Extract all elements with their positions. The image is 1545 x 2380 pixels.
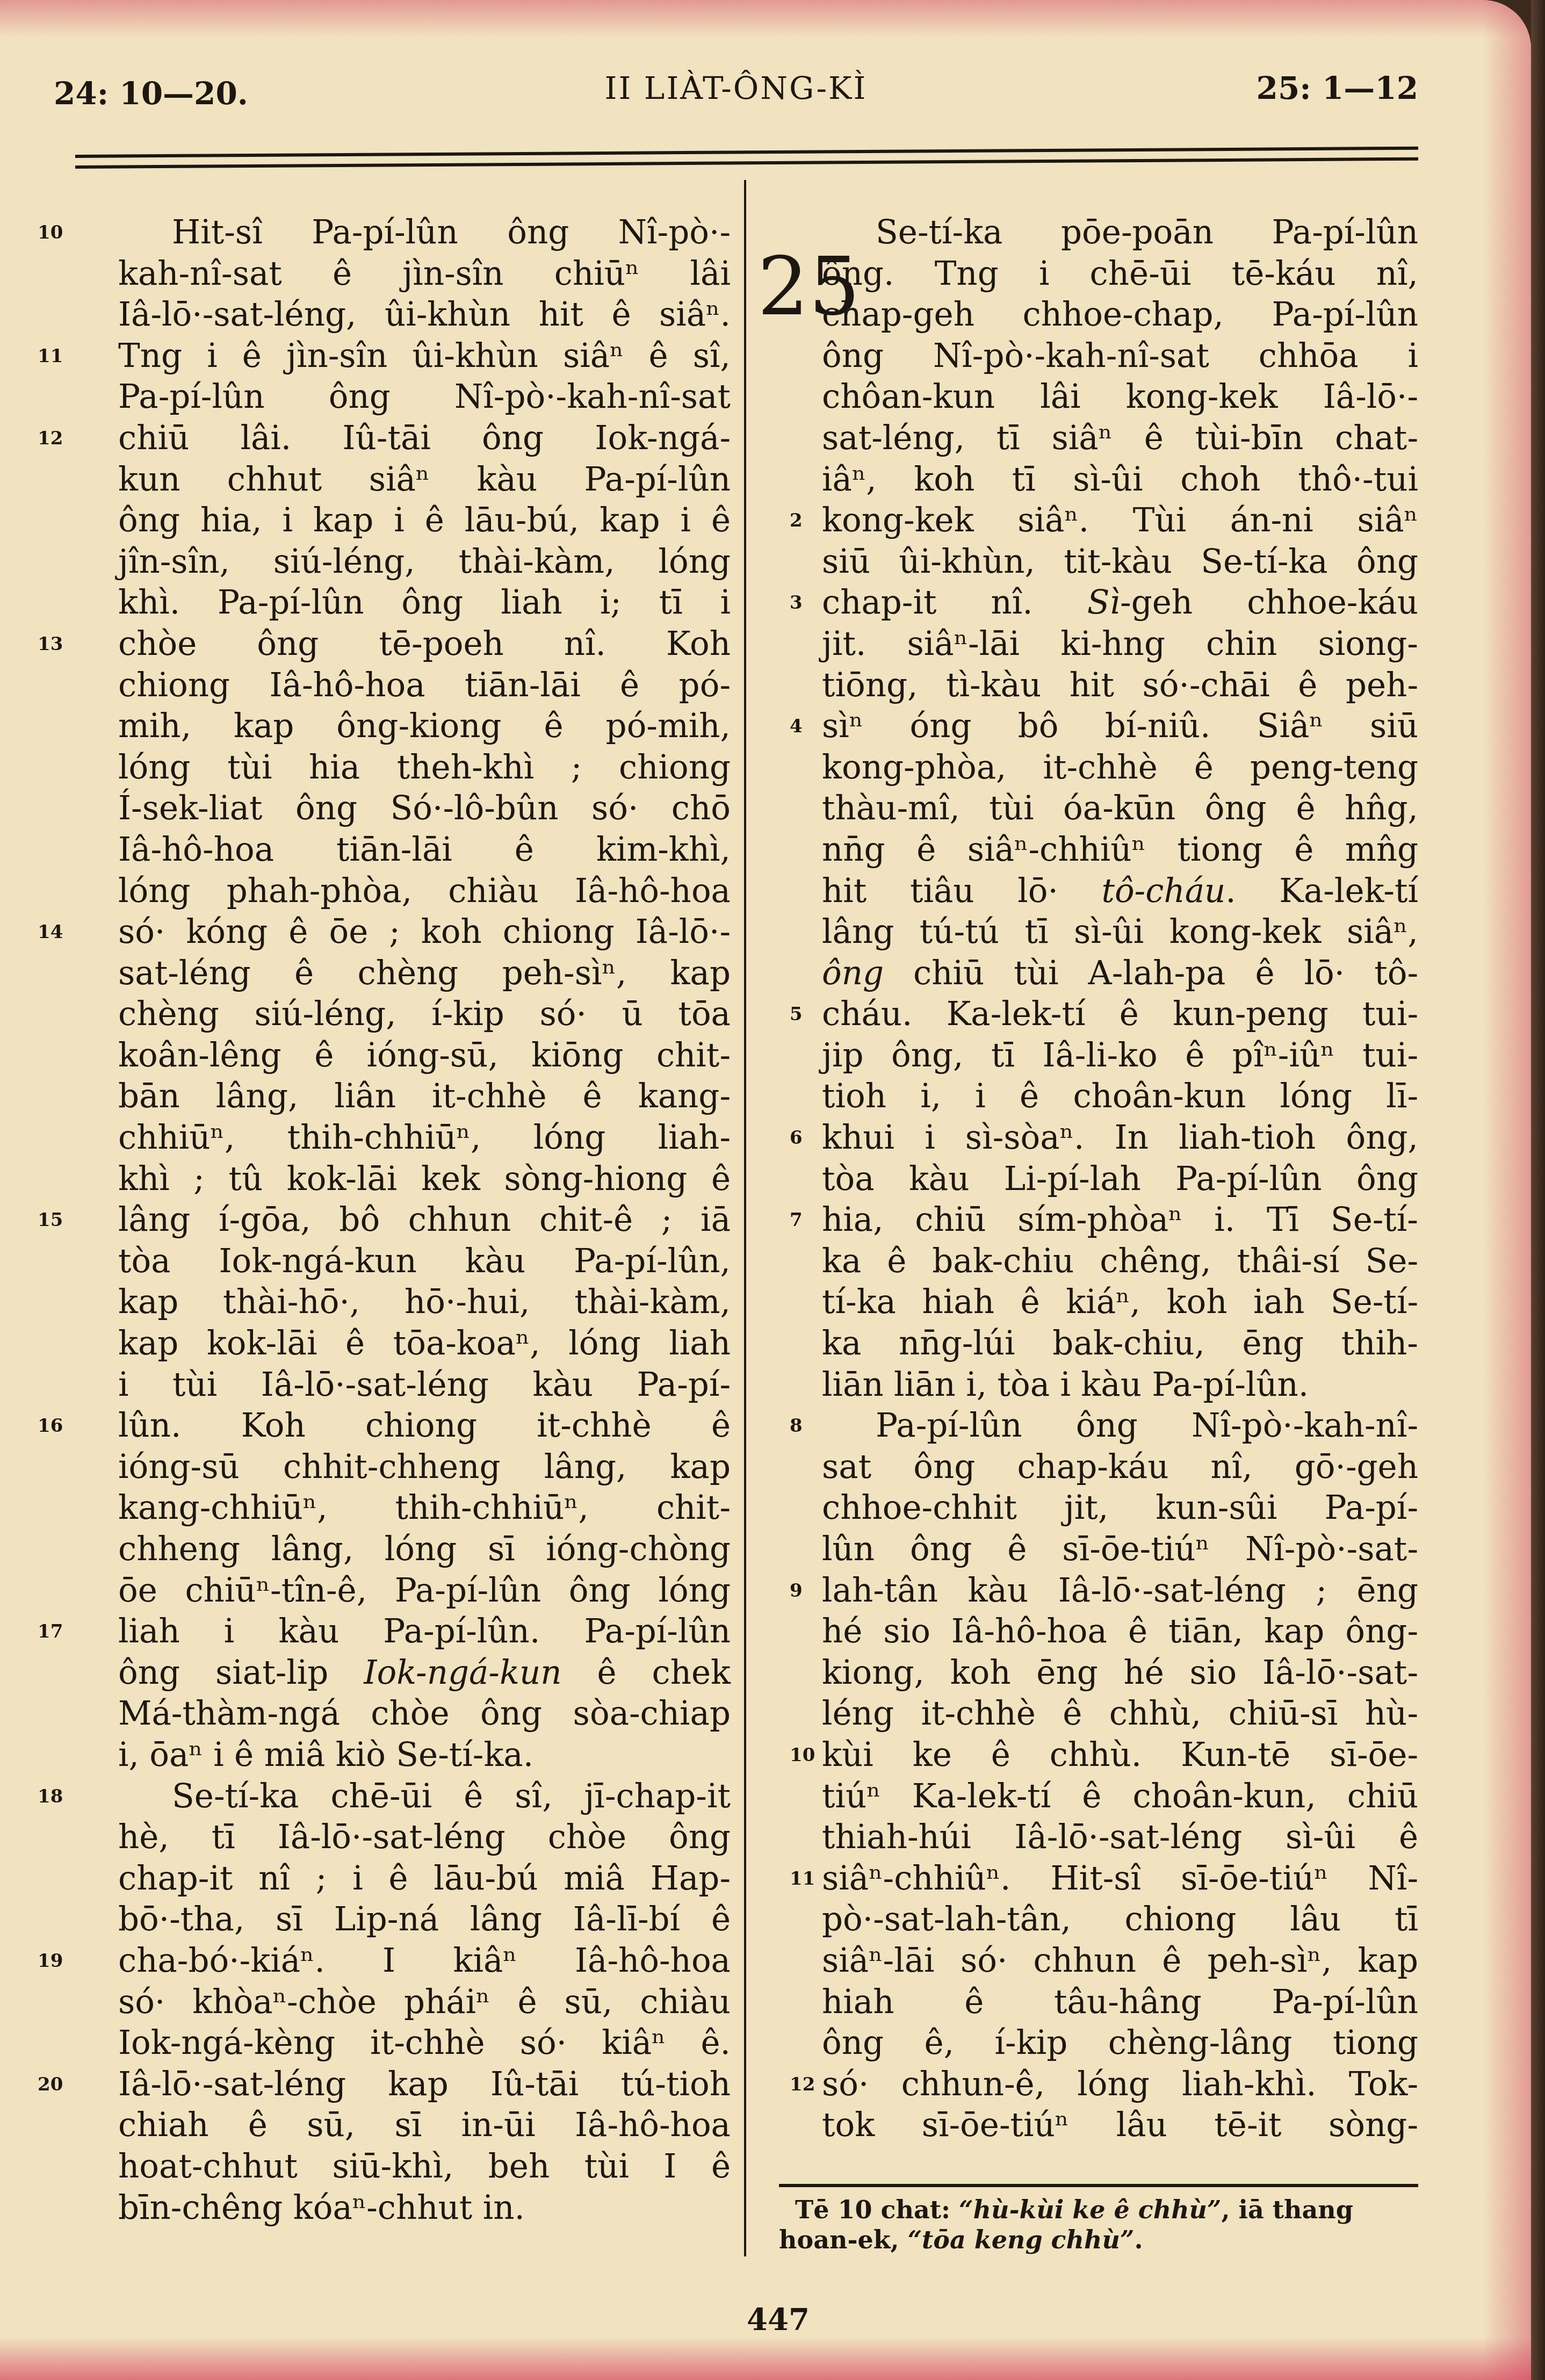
line-text: Se-tí-ka pōe-poān Pa-pí-lûn	[876, 213, 1418, 251]
column-divider	[744, 180, 746, 2256]
text-line: jip ông, tī Iâ-li-ko ê pîⁿ-iûⁿ tui-	[822, 1035, 1418, 1077]
line-text: liah i kàu Pa-pí-lûn. Pa-pí-lûn	[118, 1612, 731, 1650]
text-line: ka nn̄g-lúi bak-chiu, ēng thih-	[822, 1323, 1418, 1365]
text-line: khì. Pa-pí-lûn ông liah i; tī i	[118, 582, 731, 624]
line-text: hit tiâu lō· tô-cháu. Ka-lek-tí	[822, 872, 1418, 910]
text-line: 4sìⁿ óng bô bí-niû. Siâⁿ siū	[822, 706, 1418, 747]
text-line: chèng siú-léng, í-kip só· ū tōa	[118, 994, 731, 1035]
text-line: chôan-kun lâi kong-kek Iâ-lō·-	[822, 377, 1418, 418]
page-edge-stain	[1483, 0, 1531, 2380]
verse-number: 16	[38, 1405, 86, 1447]
line-text: siâⁿ-lāi só· chhun ê peh-sìⁿ, kap	[822, 1942, 1418, 1980]
line-text: sat-léng ê chèng peh-sìⁿ, kap	[118, 954, 731, 992]
text-line: léng it-chhè ê chhù, chiū-sī hù-	[822, 1693, 1418, 1735]
header-rule-bottom	[75, 157, 1418, 169]
verse-number: 8	[790, 1405, 838, 1447]
text-line: bīn-chêng kóaⁿ-chhut in.	[118, 2188, 731, 2229]
text-line: sat ông chap-káu nî, gō·-geh	[822, 1447, 1418, 1488]
text-line: chhiūⁿ, thih-chhiūⁿ, lóng liah-	[118, 1117, 731, 1159]
line-text: léng it-chhè ê chhù, chiū-sī hù-	[822, 1694, 1418, 1733]
verse-number: 17	[38, 1611, 86, 1653]
line-text: kap kok-lāi ê tōa-koaⁿ, lóng liah	[118, 1324, 731, 1362]
text-line: tòa kàu Li-pí-lah Pa-pí-lûn ông	[822, 1159, 1418, 1200]
line-text: Tng i ê jìn-sîn ûi-khùn siâⁿ ê sî,	[118, 337, 731, 375]
text-line: tioh i, i ê choân-kun lóng lī-	[822, 1076, 1418, 1117]
line-text: kap thài-hō·, hō·-hui, thài-kàm,	[118, 1283, 731, 1321]
verse-number: 12	[38, 418, 86, 459]
text-line: chiong Iâ-hô-hoa tiān-lāi ê pó-	[118, 665, 731, 706]
verse-number: 9	[790, 1570, 838, 1612]
text-line: ióng-sū chhit-chheng lâng, kap	[118, 1447, 731, 1488]
text-line: tiúⁿ Ka-lek-tí ê choân-kun, chiū	[822, 1776, 1418, 1818]
line-text: cha-bó·-kiáⁿ. I kiâⁿ Iâ-hô-hoa	[118, 1942, 731, 1980]
line-text: ông hia, i kap i ê lāu-bú, kap i ê	[118, 501, 731, 539]
text-line: ông Nî-pò·-kah-nî-sat chhōa i	[822, 336, 1418, 377]
verse-number: 3	[790, 582, 838, 624]
line-text: kah-nî-sat ê jìn-sîn chiūⁿ lâi	[118, 255, 731, 293]
text-line: bān lâng, liân it-chhè ê kang-	[118, 1076, 731, 1117]
line-text: mih, kap ông-kiong ê pó-mih,	[118, 707, 731, 745]
line-text: lûn. Koh chiong it-chhè ê	[118, 1407, 731, 1445]
line-text: só· chhun-ê, lóng liah-khì. Tok-	[822, 2065, 1418, 2103]
text-line: kap thài-hō·, hō·-hui, thài-kàm,	[118, 1282, 731, 1323]
text-line: 12só· chhun-ê, lóng liah-khì. Tok-	[822, 2064, 1418, 2105]
footnote-label: Tē 10 chat:	[795, 2195, 959, 2224]
line-text: i, ōaⁿ i ê miâ kiò Se-tí-ka.	[118, 1736, 533, 1774]
text-line: kah-nî-sat ê jìn-sîn chiūⁿ lâi	[118, 254, 731, 295]
verse-number: 14	[38, 912, 86, 953]
line-text: koân-lêng ê ióng-sū, kiōng chit-	[118, 1036, 731, 1074]
line-text: lâng í-gōa, bô chhun chit-ê ; iā	[118, 1201, 731, 1239]
line-text: tiúⁿ Ka-lek-tí ê choân-kun, chiū	[822, 1777, 1418, 1815]
text-line: hé sio Iâ-hô-hoa ê tiān, kap ông-	[822, 1611, 1418, 1653]
line-text: Má-thàm-ngá chòe ông sòa-chiap	[118, 1694, 731, 1733]
line-text: hia, chiū sím-phòaⁿ i. Tī Se-tí-	[822, 1201, 1418, 1239]
text-line: só· khòaⁿ-chòe pháiⁿ ê sū, chiàu	[118, 1982, 731, 2023]
line-text: ông ê, í-kip chèng-lâng tiong	[822, 2024, 1418, 2062]
footnote-text-1: , iā thang	[1222, 2195, 1353, 2224]
line-text: jip ông, tī Iâ-li-ko ê pîⁿ-iûⁿ tui-	[822, 1036, 1418, 1074]
line-text: jîn-sîn, siú-léng, thài-kàm, lóng	[118, 543, 731, 581]
text-line: 10kùi ke ê chhù. Kun-tē sī-ōe-	[822, 1735, 1418, 1776]
verse-number: 12	[790, 2064, 838, 2105]
line-text: Iok-ngá-kèng it-chhè só· kiâⁿ ê.	[118, 2024, 731, 2062]
text-line: kang-chhiūⁿ, thih-chhiūⁿ, chit-	[118, 1488, 731, 1529]
line-text: sat-léng, tī siâⁿ ê tùi-bīn chat-	[822, 419, 1418, 457]
verse-number: 5	[790, 994, 838, 1035]
line-text: iâⁿ, koh tī sì-ûi choh thô·-tui	[822, 460, 1418, 499]
text-line: koân-lêng ê ióng-sū, kiōng chit-	[118, 1035, 731, 1077]
line-text: liān liān i, tòa i kàu Pa-pí-lûn.	[822, 1366, 1309, 1404]
text-line: 15lâng í-gōa, bô chhun chit-ê ; iā	[118, 1200, 731, 1241]
footnote-rule	[779, 2184, 1418, 2187]
line-text: hé sio Iâ-hô-hoa ê tiān, kap ông-	[822, 1612, 1418, 1650]
line-text: tòa Iok-ngá-kun kàu Pa-pí-lûn,	[118, 1242, 731, 1280]
text-line: Iâ-hô-hoa tiān-lāi ê kim-khì,	[118, 830, 731, 871]
line-text: lâng tú-tú tī sì-ûi kong-kek siâⁿ,	[822, 913, 1418, 951]
line-text: chiah ê sū, sī in-ūi Iâ-hô-hoa	[118, 2106, 731, 2144]
line-text: Hit-sî Pa-pí-lûn ông Nî-pò·-	[172, 213, 731, 251]
text-line: lóng phah-phòa, chiàu Iâ-hô-hoa	[118, 871, 731, 912]
text-line: lâng tú-tú tī sì-ûi kong-kek siâⁿ,	[822, 912, 1418, 953]
text-line: 3chap-it nî. Sì-geh chhoe-káu	[822, 582, 1418, 624]
line-text: chèng siú-léng, í-kip só· ū tōa	[118, 995, 731, 1033]
text-line: 17liah i kàu Pa-pí-lûn. Pa-pí-lûn	[118, 1611, 731, 1653]
text-line: 11Tng i ê jìn-sîn ûi-khùn siâⁿ ê sî,	[118, 336, 731, 377]
text-line: siū ûi-khùn, tit-kàu Se-tí-ka ông	[822, 542, 1418, 583]
text-line: i tùi Iâ-lō·-sat-léng kàu Pa-pí-	[118, 1365, 731, 1406]
line-text: kun chhut siâⁿ kàu Pa-pí-lûn	[118, 460, 731, 499]
line-text: jit. siâⁿ-lāi ki-hng chin siong-	[822, 625, 1418, 663]
line-text: Í-sek-liat ông Só·-lô-bûn só· chō	[118, 789, 731, 827]
text-line: 20Iâ-lō·-sat-léng kap Iû-tāi tú-tioh	[118, 2064, 731, 2105]
text-line: 13chòe ông tē-poeh nî. Koh	[118, 624, 731, 665]
text-line: Í-sek-liat ông Só·-lô-bûn só· chō	[118, 788, 731, 830]
verse-number: 18	[38, 1776, 86, 1818]
line-text: chiong Iâ-hô-hoa tiān-lāi ê pó-	[118, 666, 731, 704]
book-page: 24: 10—20. II LIÀT-ÔNG-KÌ 25: 1—12 10Hit…	[0, 0, 1531, 2380]
text-line: 19cha-bó·-kiáⁿ. I kiâⁿ Iâ-hô-hoa	[118, 1941, 731, 1982]
line-text: chap-it nî. Sì-geh chhoe-káu	[822, 583, 1418, 622]
text-line: 5cháu. Ka-lek-tí ê kun-peng tui-	[822, 994, 1418, 1035]
text-line: 9lah-tân kàu Iâ-lō·-sat-léng ; ēng	[822, 1570, 1418, 1612]
text-line: Iâ-lō·-sat-léng, ûi-khùn hit ê siâⁿ.	[118, 294, 731, 336]
text-line: kap kok-lāi ê tōa-koaⁿ, lóng liah	[118, 1323, 731, 1365]
footnote-line-1: Tē 10 chat: “hù-kùi ke ê chhù”, iā thang	[779, 2195, 1418, 2225]
text-line: 2kong-kek siâⁿ. Tùi án-ni siâⁿ	[822, 500, 1418, 542]
line-text: khì. Pa-pí-lûn ông liah i; tī i	[118, 583, 731, 622]
text-line: sat-léng, tī siâⁿ ê tùi-bīn chat-	[822, 418, 1418, 459]
line-text: só· khòaⁿ-chòe pháiⁿ ê sū, chiàu	[118, 1983, 731, 2021]
text-line: ông. Tng i chē-ūi tē-káu nî,	[822, 254, 1418, 295]
text-line: jîn-sîn, siú-léng, thài-kàm, lóng	[118, 542, 731, 583]
verse-number: 7	[790, 1200, 838, 1241]
verse-number: 20	[38, 2064, 86, 2105]
text-line: chheng lâng, lóng sī ióng-chòng	[118, 1529, 731, 1570]
text-line: kong-phòa, it-chhè ê peng-teng	[822, 747, 1418, 789]
text-line: 14só· kóng ê ōe ; koh chiong Iâ-lō·-	[118, 912, 731, 953]
line-text: tí-ka hiah ê kiáⁿ, koh iah Se-tí-	[822, 1283, 1418, 1321]
line-text: ông siat-lip Iok-ngá-kun ê chek	[118, 1654, 731, 1692]
text-line: nn̄g ê siâⁿ-chhiûⁿ tiong ê mn̂g	[822, 830, 1418, 871]
text-line: chap-it nî ; i ê lāu-bú miâ Hap-	[118, 1858, 731, 1900]
text-line: tok sī-ōe-tiúⁿ lâu tē-it sòng-	[822, 2105, 1418, 2146]
line-text: lûn ông ê sī-ōe-tiúⁿ Nî-pò·-sat-	[822, 1530, 1418, 1568]
line-text: chiū lâi. Iû-tāi ông Iok-ngá-	[118, 419, 731, 457]
text-line: 7hia, chiū sím-phòaⁿ i. Tī Se-tí-	[822, 1200, 1418, 1241]
verse-number: 11	[38, 336, 86, 377]
footnote-quote-2: “tōa keng chhù”	[908, 2225, 1135, 2254]
text-line: 18Se-tí-ka chē-ūi ê sî, jī-chap-it	[118, 1776, 731, 1818]
line-text: lah-tân kàu Iâ-lō·-sat-léng ; ēng	[822, 1571, 1418, 1610]
verse-number: 10	[790, 1735, 838, 1776]
line-text: i tùi Iâ-lō·-sat-léng kàu Pa-pí-	[118, 1366, 731, 1404]
verse-number: 10	[38, 212, 86, 254]
line-text: siâⁿ-chhiûⁿ. Hit-sî sī-ōe-tiúⁿ Nî-	[822, 1859, 1418, 1898]
footnote-line-2: hoan-ek, “tōa keng chhù”.	[779, 2225, 1418, 2255]
verse-number: 2	[790, 500, 838, 542]
text-line: 12chiū lâi. Iû-tāi ông Iok-ngá-	[118, 418, 731, 459]
line-text: hiah ê tâu-hâng Pa-pí-lûn	[822, 1983, 1418, 2021]
text-line: 8Pa-pí-lûn ông Nî-pò·-kah-nî-	[822, 1405, 1418, 1447]
line-text: tiōng, tì-kàu hit só·-chāi ê peh-	[822, 666, 1418, 704]
text-line: ông chiū tùi A-lah-pa ê lō· tô-	[822, 953, 1418, 994]
header-book-title: II LIÀT-ÔNG-KÌ	[54, 70, 1418, 106]
line-text: khì ; tû kok-lāi kek sòng-hiong ê	[118, 1160, 731, 1198]
line-text: lóng tùi hia theh-khì ; chiong	[118, 748, 731, 787]
text-line: liān liān i, tòa i kàu Pa-pí-lûn.	[822, 1365, 1418, 1406]
line-text: ióng-sū chhit-chheng lâng, kap	[118, 1448, 731, 1486]
text-line: tòa Iok-ngá-kun kàu Pa-pí-lûn,	[118, 1241, 731, 1282]
line-text: thàu-mî, tùi óa-kūn ông ê hn̂g,	[822, 789, 1418, 827]
right-column-text: 25 Se-tí-ka pōe-poān Pa-pí-lûnông. Tng i…	[822, 212, 1418, 2146]
text-line: mih, kap ông-kiong ê pó-mih,	[118, 706, 731, 747]
line-text: tòa kàu Li-pí-lah Pa-pí-lûn ông	[822, 1160, 1418, 1198]
line-text: hoat-chhut siū-khì, beh tùi I ê	[118, 2147, 731, 2186]
text-line: Pa-pí-lûn ông Nî-pò·-kah-nî-sat	[118, 377, 731, 418]
text-line: hit tiâu lō· tô-cháu. Ka-lek-tí	[822, 871, 1418, 912]
page-number: 447	[747, 2302, 810, 2338]
line-text: tioh i, i ê choân-kun lóng lī-	[822, 1077, 1418, 1115]
line-text: sìⁿ óng bô bí-niû. Siâⁿ siū	[822, 707, 1418, 745]
text-line: hè, tī Iâ-lō·-sat-léng chòe ông	[118, 1817, 731, 1858]
left-column-text: 10Hit-sî Pa-pí-lûn ông Nî-pò·-kah-nî-sat…	[118, 212, 731, 2228]
line-text: chhiūⁿ, thih-chhiūⁿ, lóng liah-	[118, 1119, 731, 1157]
text-line: chhoe-chhit jit, kun-sûi Pa-pí-	[822, 1488, 1418, 1529]
text-line: ông ê, í-kip chèng-lâng tiong	[822, 2023, 1418, 2064]
line-text: lóng phah-phòa, chiàu Iâ-hô-hoa	[118, 872, 731, 910]
line-text: chòe ông tē-poeh nî. Koh	[118, 625, 731, 663]
text-line: Se-tí-ka pōe-poān Pa-pí-lûn	[822, 212, 1418, 254]
text-line: hiah ê tâu-hâng Pa-pí-lûn	[822, 1982, 1418, 2023]
line-text: chap-geh chhoe-chap, Pa-pí-lûn	[822, 295, 1418, 334]
header-rule-top	[75, 147, 1418, 158]
text-line: chap-geh chhoe-chap, Pa-pí-lûn	[822, 294, 1418, 336]
line-text: pò·-sat-lah-tân, chiong lâu tī	[822, 1900, 1418, 1938]
text-line: Má-thàm-ngá chòe ông sòa-chiap	[118, 1693, 731, 1735]
text-line: thiah-húi Iâ-lō·-sat-léng sì-ûi ê	[822, 1817, 1418, 1858]
running-header: 24: 10—20. II LIÀT-ÔNG-KÌ 25: 1—12	[54, 70, 1418, 113]
line-text: ông Nî-pò·-kah-nî-sat chhōa i	[822, 337, 1418, 375]
line-text: só· kóng ê ōe ; koh chiong Iâ-lō·-	[118, 913, 731, 951]
line-text: cháu. Ka-lek-tí ê kun-peng tui-	[822, 995, 1418, 1033]
text-line: 11siâⁿ-chhiûⁿ. Hit-sî sī-ōe-tiúⁿ Nî-	[822, 1858, 1418, 1900]
footnote: Tē 10 chat: “hù-kùi ke ê chhù”, iā thang…	[779, 2195, 1418, 2255]
line-text: bīn-chêng kóaⁿ-chhut in.	[118, 2189, 525, 2227]
line-text: chap-it nî ; i ê lāu-bú miâ Hap-	[118, 1859, 731, 1898]
line-text: Iâ-lō·-sat-léng, ûi-khùn hit ê siâⁿ.	[118, 295, 731, 334]
line-text: kong-kek siâⁿ. Tùi án-ni siâⁿ	[822, 501, 1418, 539]
line-text: Iâ-lō·-sat-léng kap Iû-tāi tú-tioh	[118, 2065, 731, 2103]
footnote-text-2: hoan-ek,	[779, 2225, 908, 2254]
line-text: Pa-pí-lûn ông Nî-pò·-kah-nî-	[876, 1407, 1418, 1445]
text-line: hoat-chhut siū-khì, beh tùi I ê	[118, 2146, 731, 2188]
text-line: ka ê bak-chiu chêng, thâi-sí Se-	[822, 1241, 1418, 1282]
footnote-text-3: .	[1134, 2225, 1143, 2254]
text-line: iâⁿ, koh tī sì-ûi choh thô·-tui	[822, 459, 1418, 501]
text-line: 6khui i sì-sòaⁿ. In liah-tioh ông,	[822, 1117, 1418, 1159]
text-line: tí-ka hiah ê kiáⁿ, koh iah Se-tí-	[822, 1282, 1418, 1323]
book-binding	[1531, 0, 1545, 2380]
text-line: kun chhut siâⁿ kàu Pa-pí-lûn	[118, 459, 731, 501]
line-text: hè, tī Iâ-lō·-sat-léng chòe ông	[118, 1818, 731, 1856]
line-text: Iâ-hô-hoa tiān-lāi ê kim-khì,	[118, 831, 731, 869]
text-line: 10Hit-sî Pa-pí-lûn ông Nî-pò·-	[118, 212, 731, 254]
text-line: thàu-mî, tùi óa-kūn ông ê hn̂g,	[822, 788, 1418, 830]
text-line: siâⁿ-lāi só· chhun ê peh-sìⁿ, kap	[822, 1941, 1418, 1982]
line-text: chheng lâng, lóng sī ióng-chòng	[118, 1530, 731, 1568]
text-line: ông siat-lip Iok-ngá-kun ê chek	[118, 1653, 731, 1694]
verse-number: 15	[38, 1200, 86, 1241]
line-text: chhoe-chhit jit, kun-sûi Pa-pí-	[822, 1489, 1418, 1527]
verse-number: 4	[790, 706, 838, 747]
line-text: kiong, koh ēng hé sio Iâ-lō·-sat-	[822, 1654, 1418, 1692]
line-text: sat ông chap-káu nî, gō·-geh	[822, 1448, 1418, 1486]
text-line: sat-léng ê chèng peh-sìⁿ, kap	[118, 953, 731, 994]
line-text: bō·-tha, sī Lip-ná lâng Iâ-lī-bí ê	[118, 1900, 731, 1938]
text-line: pò·-sat-lah-tân, chiong lâu tī	[822, 1899, 1418, 1941]
line-text: kong-phòa, it-chhè ê peng-teng	[822, 748, 1418, 787]
line-text: ông chiū tùi A-lah-pa ê lō· tô-	[822, 954, 1418, 992]
line-text: bān lâng, liân it-chhè ê kang-	[118, 1077, 731, 1115]
line-text: Se-tí-ka chē-ūi ê sî, jī-chap-it	[172, 1777, 731, 1815]
line-text: khui i sì-sòaⁿ. In liah-tioh ông,	[822, 1119, 1418, 1157]
text-line: lûn ông ê sī-ōe-tiúⁿ Nî-pò·-sat-	[822, 1529, 1418, 1570]
line-text: siū ûi-khùn, tit-kàu Se-tí-ka ông	[822, 543, 1418, 581]
line-text: tok sī-ōe-tiúⁿ lâu tē-it sòng-	[822, 2106, 1418, 2144]
header-right-verse-range: 25: 1—12	[1257, 70, 1418, 106]
text-line: tiōng, tì-kàu hit só·-chāi ê peh-	[822, 665, 1418, 706]
text-line: kiong, koh ēng hé sio Iâ-lō·-sat-	[822, 1653, 1418, 1694]
line-text: nn̄g ê siâⁿ-chhiûⁿ tiong ê mn̂g	[822, 831, 1418, 869]
line-text: kùi ke ê chhù. Kun-tē sī-ōe-	[822, 1736, 1418, 1774]
footnote-quote-1: “hù-kùi ke ê chhù”	[959, 2195, 1221, 2224]
line-text: ka nn̄g-lúi bak-chiu, ēng thih-	[822, 1324, 1418, 1362]
line-text: ông. Tng i chē-ūi tē-káu nî,	[822, 255, 1418, 293]
text-line: jit. siâⁿ-lāi ki-hng chin siong-	[822, 624, 1418, 665]
text-line: i, ōaⁿ i ê miâ kiò Se-tí-ka.	[118, 1735, 731, 1776]
verse-number: 6	[790, 1117, 838, 1159]
line-text: ōe chiūⁿ-tîn-ê, Pa-pí-lûn ông lóng	[118, 1571, 731, 1610]
text-line: ōe chiūⁿ-tîn-ê, Pa-pí-lûn ông lóng	[118, 1570, 731, 1612]
line-text: chôan-kun lâi kong-kek Iâ-lō·-	[822, 378, 1418, 416]
text-line: chiah ê sū, sī in-ūi Iâ-hô-hoa	[118, 2105, 731, 2146]
verse-number: 11	[790, 1858, 838, 1900]
line-text: thiah-húi Iâ-lō·-sat-léng sì-ûi ê	[822, 1818, 1418, 1856]
text-line: khì ; tû kok-lāi kek sòng-hiong ê	[118, 1159, 731, 1200]
line-text: ka ê bak-chiu chêng, thâi-sí Se-	[822, 1242, 1418, 1280]
line-text: Pa-pí-lûn ông Nî-pò·-kah-nî-sat	[118, 378, 731, 416]
text-line: ông hia, i kap i ê lāu-bú, kap i ê	[118, 500, 731, 542]
verse-number: 19	[38, 1941, 86, 1982]
line-text: kang-chhiūⁿ, thih-chhiūⁿ, chit-	[118, 1489, 731, 1527]
verse-number: 13	[38, 624, 86, 665]
text-line: Iok-ngá-kèng it-chhè só· kiâⁿ ê.	[118, 2023, 731, 2064]
text-line: bō·-tha, sī Lip-ná lâng Iâ-lī-bí ê	[118, 1899, 731, 1941]
text-line: 16lûn. Koh chiong it-chhè ê	[118, 1405, 731, 1447]
text-line: lóng tùi hia theh-khì ; chiong	[118, 747, 731, 789]
